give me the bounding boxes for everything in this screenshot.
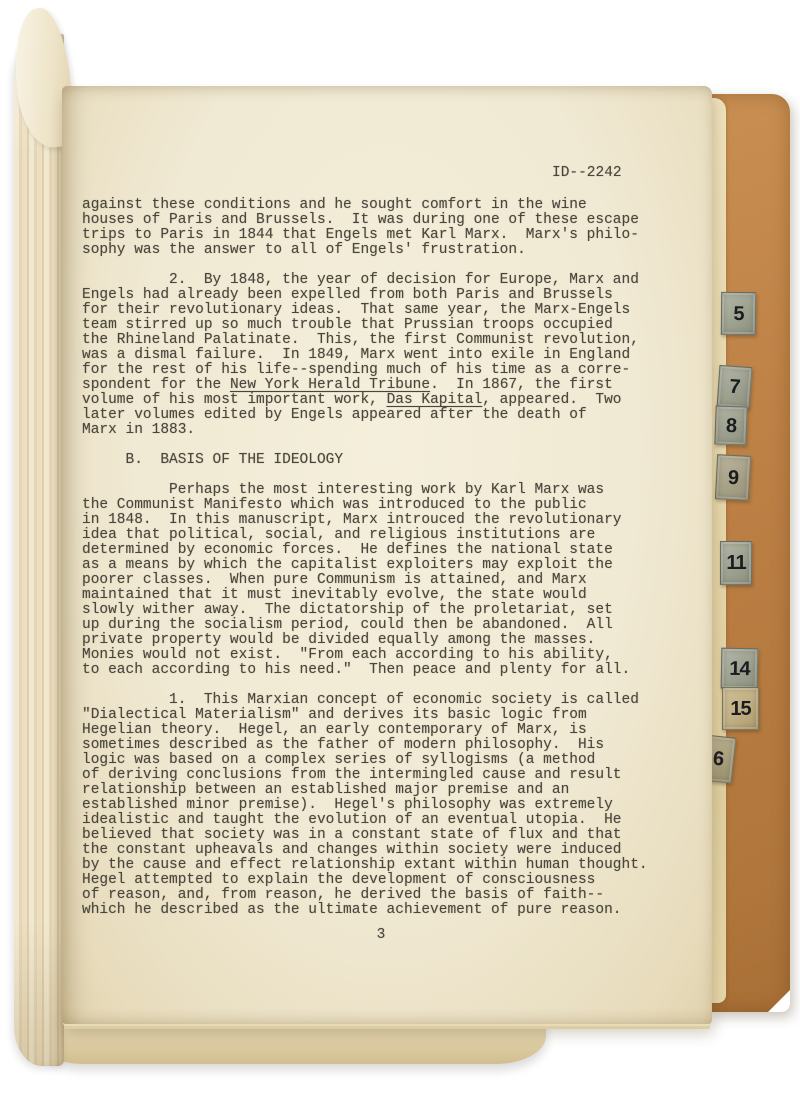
typed-paragraph: 2. By 1848, the year of decision for Eur… bbox=[82, 273, 682, 438]
typed-line: idea that political, social, and religio… bbox=[82, 528, 682, 543]
index-tab-label: 7 bbox=[729, 377, 740, 398]
index-tab-8: 8 bbox=[714, 405, 747, 445]
typed-line: which he described as the ultimate achie… bbox=[82, 903, 682, 918]
typed-line: Marx in 1883. bbox=[82, 423, 682, 438]
index-tab-15: 15 bbox=[722, 687, 759, 730]
typed-line: for their revolutionary ideas. That same… bbox=[82, 303, 682, 318]
typed-line: Hegel attempted to explain the developme… bbox=[82, 873, 682, 888]
typed-line: volume of his most important work, Das K… bbox=[82, 393, 682, 408]
typed-line: by the cause and effect relationship ext… bbox=[82, 858, 682, 873]
typed-line: was a dismal failure. In 1849, Marx went… bbox=[82, 348, 682, 363]
typed-line: of deriving conclusions from the intermi… bbox=[82, 768, 682, 783]
typed-line: private property would be divided equall… bbox=[82, 633, 682, 648]
typed-line: against these conditions and he sought c… bbox=[82, 198, 682, 213]
index-tab-label: 8 bbox=[726, 415, 737, 435]
typed-line: idealistic and taught the evolution of a… bbox=[82, 813, 682, 828]
typed-line: the Rhineland Palatinate. This, the firs… bbox=[82, 333, 682, 348]
typed-line: team stirred up so much trouble that Pru… bbox=[82, 318, 682, 333]
typed-body: against these conditions and he sought c… bbox=[82, 198, 682, 918]
index-tab-11: 11 bbox=[720, 541, 752, 585]
typed-line: established minor premise). Hegel's phil… bbox=[82, 798, 682, 813]
index-tab-5: 5 bbox=[721, 292, 756, 335]
typed-line: 2. By 1848, the year of decision for Eur… bbox=[82, 273, 682, 288]
typewritten-page: ID--2242 against these conditions and he… bbox=[62, 86, 712, 1024]
typed-line: later volumes edited by Engels appeared … bbox=[82, 408, 682, 423]
typed-paragraph: 1. This Marxian concept of economic soci… bbox=[82, 693, 682, 918]
typed-line: as a means by which the capitalist explo… bbox=[82, 558, 682, 573]
index-tab-label: 9 bbox=[727, 467, 738, 488]
typed-line: the constant upheavals and changes withi… bbox=[82, 843, 682, 858]
index-tab-14: 14 bbox=[721, 648, 759, 690]
typed-line: Hegelian theory. Hegel, an early contemp… bbox=[82, 723, 682, 738]
typed-line: "Dialectical Materialism" and derives it… bbox=[82, 708, 682, 723]
typed-line: houses of Paris and Brussels. It was dur… bbox=[82, 213, 682, 228]
index-tab-label: 15 bbox=[730, 699, 750, 719]
index-tab-label: 6 bbox=[712, 749, 724, 770]
section-heading: B. BASIS OF THE IDEOLOGY bbox=[82, 453, 682, 468]
index-tab-label: 14 bbox=[729, 658, 750, 678]
page-number: 3 bbox=[361, 928, 401, 943]
typed-line: the Communist Manifesto which was introd… bbox=[82, 498, 682, 513]
index-tab-9: 9 bbox=[715, 454, 751, 501]
index-tab-7: 7 bbox=[717, 365, 753, 409]
typed-line: up during the socialism period, could th… bbox=[82, 618, 682, 633]
index-tab-label: 11 bbox=[726, 553, 745, 573]
typed-line: for the rest of his life--spending much … bbox=[82, 363, 682, 378]
typed-line: relationship between an established majo… bbox=[82, 783, 682, 798]
photograph-of-bound-report: 57891114156 ID--2242 against these condi… bbox=[0, 0, 800, 1095]
typed-line: trips to Paris in 1844 that Engels met K… bbox=[82, 228, 682, 243]
typed-line: in 1848. In this manuscript, Marx introu… bbox=[82, 513, 682, 528]
typed-paragraph: against these conditions and he sought c… bbox=[82, 198, 682, 258]
typed-line: spondent for the New York Herald Tribune… bbox=[82, 378, 682, 393]
typed-line: 1. This Marxian concept of economic soci… bbox=[82, 693, 682, 708]
doc-id: ID--2242 bbox=[552, 166, 622, 181]
typed-line: Engels had already been expelled from bo… bbox=[82, 288, 682, 303]
typed-line: determined by economic forces. He define… bbox=[82, 543, 682, 558]
typed-line: to each according to his need." Then pea… bbox=[82, 663, 682, 678]
typed-line: B. BASIS OF THE IDEOLOGY bbox=[82, 453, 682, 468]
typed-line: believed that society was in a constant … bbox=[82, 828, 682, 843]
typed-line: sometimes described as the father of mod… bbox=[82, 738, 682, 753]
typed-line: Monies would not exist. "From each accor… bbox=[82, 648, 682, 663]
typed-line: maintained that it must inevitably evolv… bbox=[82, 588, 682, 603]
typed-line: logic was based on a complex series of s… bbox=[82, 753, 682, 768]
typed-line: poorer classes. When pure Communism is a… bbox=[82, 573, 682, 588]
typed-line: sophy was the answer to all of Engels' f… bbox=[82, 243, 682, 258]
typed-line: slowly wither away. The dictatorship of … bbox=[82, 603, 682, 618]
typed-paragraph: Perhaps the most interesting work by Kar… bbox=[82, 483, 682, 678]
index-tab-label: 5 bbox=[733, 303, 743, 323]
typed-line: of reason, and, from reason, he derived … bbox=[82, 888, 682, 903]
typed-line: Perhaps the most interesting work by Kar… bbox=[82, 483, 682, 498]
